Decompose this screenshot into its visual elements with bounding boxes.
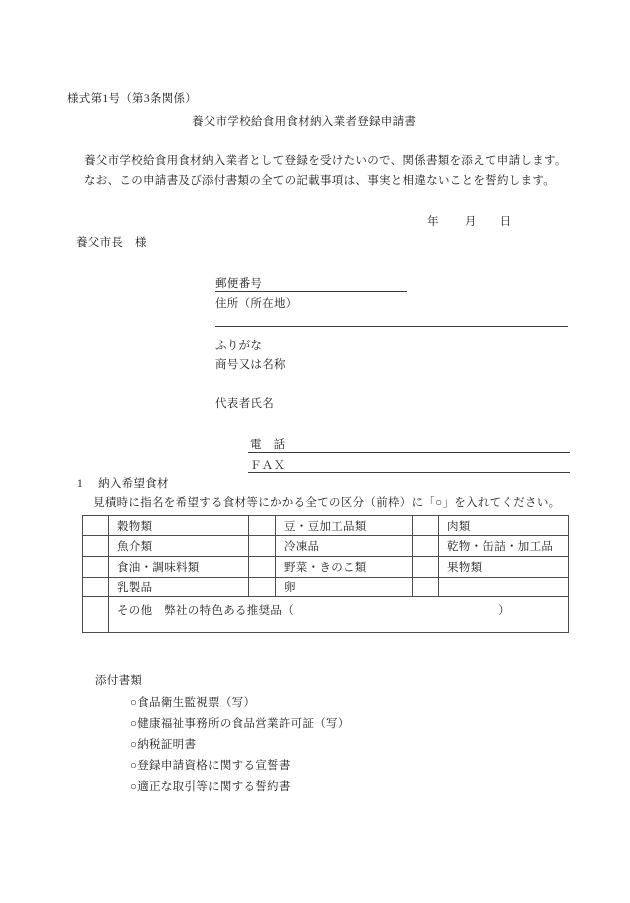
other-category-cell: その他 弊社の特色ある推奨品（ ）: [109, 597, 569, 633]
category-cell: 肉類: [439, 516, 569, 536]
table-instruction: 見積時に指名を希望する食材等にかかる全ての区分（前枠）に「○」を入れてください。: [93, 496, 560, 511]
fax-field: ＦＡＸ: [248, 459, 570, 473]
category-cell: 食油・調味料類: [109, 557, 249, 578]
fax-label: ＦＡＸ: [250, 460, 285, 472]
attachments-list: ○食品衛生監視票（写） ○健康福祉事務所の食品営業許可証（写） ○納税証明書 ○…: [130, 693, 350, 798]
address-write-line: [215, 326, 568, 327]
checkbox-cell: [249, 578, 276, 597]
phone-label: 電 話: [250, 439, 285, 451]
checkbox-cell: [413, 536, 439, 557]
form-number: 様式第1号（第3条関係）: [67, 92, 197, 107]
attachment-item: ○登録申請資格に関する宣誓書: [130, 756, 350, 777]
category-cell: 魚介類: [109, 536, 249, 557]
page-title: 養父市学校給食用食材納入業者登録申請書: [192, 115, 416, 130]
category-cell: [439, 578, 569, 597]
furigana-label: ふりがな: [215, 339, 262, 354]
phone-field: 電 話: [248, 438, 570, 453]
category-cell: 乾物・缶詰・加工品: [439, 536, 569, 557]
month-label: 月: [465, 216, 477, 228]
checkbox-cell: [249, 516, 276, 536]
category-cell: 卵: [276, 578, 413, 597]
checkbox-cell: [249, 536, 276, 557]
checkbox-cell: [83, 597, 109, 633]
attachment-item: ○納税証明書: [130, 735, 350, 756]
checkbox-cell: [413, 578, 439, 597]
category-cell: 野菜・きのこ類: [276, 557, 413, 578]
trade-name-label: 商号又は名称: [215, 358, 286, 373]
checkbox-cell: [413, 516, 439, 536]
date-line: 年月日: [427, 215, 511, 230]
body-line-1: 養父市学校給食用食材納入業者として登録を受けたいので、関係書類を添えて申請します…: [84, 151, 567, 171]
category-cell: 冷凍品: [276, 536, 413, 557]
attachment-item: ○食品衛生監視票（写）: [130, 693, 350, 714]
checkbox-cell: [413, 557, 439, 578]
table-row: 穀物類 豆・豆加工品類 肉類: [83, 516, 569, 536]
table-row: 乳製品 卵: [83, 578, 569, 597]
section1-number: 1: [77, 478, 83, 490]
checkbox-cell: [249, 557, 276, 578]
application-form-page: 様式第1号（第3条関係） 養父市学校給食用食材納入業者登録申請書 養父市学校給食…: [0, 0, 630, 903]
body-line-2: なお、この申請書及び添付書類の全ての記載事項は、事実と相違ないことを誓約します。: [84, 171, 567, 191]
category-cell: 豆・豆加工品類: [276, 516, 413, 536]
checkbox-cell: [83, 516, 109, 536]
other-category-close-paren: ）: [498, 602, 510, 618]
category-cell: 果物類: [439, 557, 569, 578]
table-row-other: その他 弊社の特色ある推奨品（ ）: [83, 597, 569, 633]
day-label: 日: [500, 216, 512, 228]
representative-label: 代表者氏名: [215, 397, 274, 412]
other-category-label: その他 弊社の特色ある推奨品（: [117, 602, 294, 618]
attachments-heading: 添付書類: [95, 674, 142, 689]
category-cell: 穀物類: [109, 516, 249, 536]
attachment-item: ○適正な取引等に関する誓約書: [130, 777, 350, 798]
food-category-table: 穀物類 豆・豆加工品類 肉類 魚介類 冷凍品 乾物・缶詰・加工品 食油・調味料類…: [82, 515, 569, 633]
attachment-item: ○健康福祉事務所の食品営業許可証（写）: [130, 714, 350, 735]
year-label: 年: [427, 216, 439, 228]
addressee: 養父市長 様: [76, 236, 147, 251]
postal-code-field: 郵便番号: [215, 277, 407, 292]
postal-code-label: 郵便番号: [215, 278, 262, 290]
body-paragraph: 養父市学校給食用食材納入業者として登録を受けたいので、関係書類を添えて申請します…: [84, 151, 567, 191]
table-row: 魚介類 冷凍品 乾物・缶詰・加工品: [83, 536, 569, 557]
checkbox-cell: [83, 557, 109, 578]
table-row: 食油・調味料類 野菜・きのこ類 果物類: [83, 557, 569, 578]
checkbox-cell: [83, 578, 109, 597]
section1-heading: 1納入希望食材: [77, 477, 169, 492]
checkbox-cell: [83, 536, 109, 557]
section1-title: 納入希望食材: [98, 478, 169, 490]
category-cell: 乳製品: [109, 578, 249, 597]
address-label: 住所（所在地）: [215, 297, 298, 312]
